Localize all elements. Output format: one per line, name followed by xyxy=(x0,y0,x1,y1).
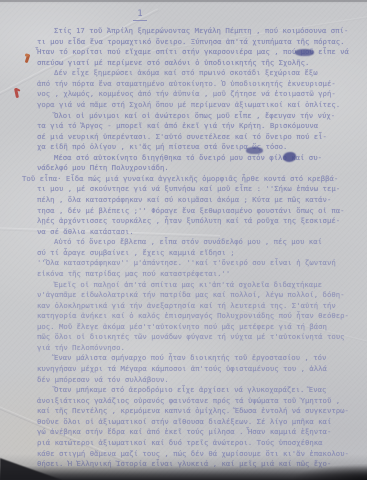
text-line: κυνηγήσαν μέχρι τά Μέγαρα κάμποσοι ἀπ'το… xyxy=(37,364,363,375)
text-line: πέλη , ὅλα καταστράφηκαν καί σύ κοιμᾶσαι… xyxy=(37,195,363,206)
text-line: ἀπό τήν πόρτα ἕνα σταματημένο αὐτοκίνητο… xyxy=(37,79,363,90)
paragraph: Ὅλοι οἱ μόνιμοι καί οἱ ἀνώτεροι ὅπως μοῦ… xyxy=(37,111,363,153)
text-line: τι μου εἶδα ἕνα τρομαχτικό ὄνειρο. Ξύπνη… xyxy=(37,37,363,48)
page-number: 1 xyxy=(133,9,147,21)
text-line: κατηγορία ἀνήκει καί ὁ καλός ἐπισμηναγός… xyxy=(37,311,363,322)
text-line: θοῦνε ὅλοι οἱ ἀξιωματικοί στήν αἴθουσα δ… xyxy=(37,417,363,428)
text-line: ν'ἀγαπᾶμε εἰδωλολατρικά τήν πατρίδα μας … xyxy=(37,290,363,301)
red-pen-tick-icon xyxy=(25,54,31,63)
scan-top-edge xyxy=(0,0,367,2)
red-pen-tick-icon xyxy=(14,88,19,98)
text-line: ''Ὅλα καταστράφηκαν'' μ'ἀπάντησε. ''καί … xyxy=(37,258,363,269)
text-line: Δέν εἶχε ξημερώσει ἀκόμα καί στό πρωινό … xyxy=(37,68,363,79)
paragraph: Στίς 17 τοῦ Ἀπρίλη ξημερώνοντας Μεγάλη Π… xyxy=(37,26,363,68)
text-line: Ὅταν μπήκαμε στό ἀεροδρόμιο εἶχε ἀρχίσει… xyxy=(37,385,363,396)
text-line: εἰκόνα τῆς πατρίδας μας πού καταστρέφετα… xyxy=(37,269,363,280)
paragraph: Δέν εἶχε ξημερώσει ἀκόμα καί στό πρωινό … xyxy=(37,68,363,110)
paragraph: Τοῦ εἶπα· Εἶδα πώς μιά γυναίκα ἀγγελικῆς… xyxy=(37,174,363,237)
text-line: σύ τί ἆραγε συμβαίνει , ἔχεις καμμιά εἴδ… xyxy=(37,248,363,259)
text-line: να σέ ἄθλια κατάστασι. xyxy=(37,227,363,238)
text-line: Στίς 17 τοῦ Ἀπρίλη ξημερώνοντας Μεγάλη Π… xyxy=(37,26,363,37)
text-line: τα γιά τό Ἄργος - μπορεῖ καί ἀπό ἐκεῖ γι… xyxy=(37,121,363,132)
text-line: γορα γιά νά πᾶμε στή Σχολή ὅπου μέ περίμ… xyxy=(37,100,363,111)
text-line: νάδελφό μου Πέτη Πολυχρονιάδη. xyxy=(37,163,363,174)
paragraph: Ἕναν μάλιστα σμήναρχο πού ἦταν διοικητής… xyxy=(37,353,363,385)
text-line: θήσει. Ἡ Ἑλληνική Ἱστορία εἶναι γλυκειά … xyxy=(37,459,363,470)
text-line: ἀνοιξιάτικος γαλάζιος οὐρανός φαινότανε … xyxy=(37,396,363,407)
paragraph: Ἐμεῖς οἱ παλῃοί ἀπ'τά σπίτια μας κι'ἀπ'τ… xyxy=(37,280,363,354)
text-line: δέν μπόρεσαν νά τόν συλλάβουν. xyxy=(37,375,363,386)
text-line: πῶς ὅλοι οἱ διοικητές τῶν μονάδων φύγανε… xyxy=(37,332,363,343)
paragraph: ''Ὅλα καταστράφηκαν'' μ'ἀπάντησε. ''καί … xyxy=(37,258,363,279)
text-line: Ὅλοι οἱ μόνιμοι καί οἱ ἀνώτεροι ὅπως μοῦ… xyxy=(37,111,363,122)
text-line: σπεύσω γιατί μέ περίμενε στό σαλόνι ὁ ὑπ… xyxy=(37,58,363,69)
paragraph: Αὐτό τό ὄνειρο ἔβλεπα , εἶπα στόν συνάδε… xyxy=(37,237,363,258)
text-line: κάθε στιγμή θἄμενα μαζί τους , πώς δέν θ… xyxy=(37,449,363,460)
text-line: σέ μιά νευρική ὑπερέντασι. Σ'αὐτό συνετέ… xyxy=(37,132,363,143)
text-line: τι μου , μέ σκούντησε γιά νά ξυπνήσω καί… xyxy=(37,184,363,195)
text-line: χα εἰδῆ πρό ὀλίγου , κι'ἄς μή πίστευα στ… xyxy=(37,142,363,153)
text-line: μος. Μοῦ ἔλεγε ἀκόμα μέσ'τ'αὐτοκίνητο πο… xyxy=(37,322,363,333)
text-line: γώ ἀνέβηκα στήν ἕδρα καί ἀπό ἐκεῖ τούς μ… xyxy=(37,427,363,438)
text-line: καί τῆς Πεντέλης , κρεμόμενα καπνιά ὁμίχ… xyxy=(37,406,363,417)
text-line: καν ὁλοκληρωτικά γιά τήν ἀνεξαρτησία καί… xyxy=(37,301,363,312)
text-line: γιά τήν Πελοπόννησο. xyxy=(37,343,363,354)
text-line: λῃές ἀρχόντισσες τουρκάλες , ἦταν ξυπόλυ… xyxy=(37,216,363,227)
text-line: Τοῦ εἶπα· Εἶδα πώς μιά γυναίκα ἀγγελικῆς… xyxy=(37,174,363,185)
text-line: ριά κατώτεροι ἀξιωματικοί καί δυό τρεῖς … xyxy=(37,438,363,449)
paragraph: Ὅταν μπήκαμε στό ἀεροδρόμιο εἶχε ἀρχίσει… xyxy=(37,385,363,470)
text-line: νος , χλωμός, κομμένος ἀπό τήν ἀϋπνία , … xyxy=(37,89,363,100)
text-line: Ἕναν μάλιστα σμήναρχο πού ἦταν διοικητής… xyxy=(37,353,363,364)
text-line: τησα , δέν μέ βλέπεις ;'' Φόραγε ἕνα ξεθ… xyxy=(37,206,363,217)
text-line: Ἐμεῖς οἱ παλῃοί ἀπ'τά σπίτια μας κι'ἀπ'τ… xyxy=(37,280,363,291)
text-line: Ἦταν τό κορίτσι πού εἴχαμε σπίτι στήν γκ… xyxy=(37,47,363,58)
text-line: Μέσα στό αὐτοκίνητο διηγήθηκα τό ὄνειρό … xyxy=(37,153,363,164)
paragraph: Μέσα στό αὐτοκίνητο διηγήθηκα τό ὄνειρό … xyxy=(37,153,363,174)
text-line: Αὐτό τό ὄνειρο ἔβλεπα , εἶπα στόν συνάδε… xyxy=(37,237,363,248)
scanned-page: 1 Στίς 17 τοῦ Ἀπρίλη ξημερώνοντας Μεγάλη… xyxy=(0,0,367,480)
typewritten-text-block: Στίς 17 τοῦ Ἀπρίλη ξημερώνοντας Μεγάλη Π… xyxy=(37,26,363,470)
